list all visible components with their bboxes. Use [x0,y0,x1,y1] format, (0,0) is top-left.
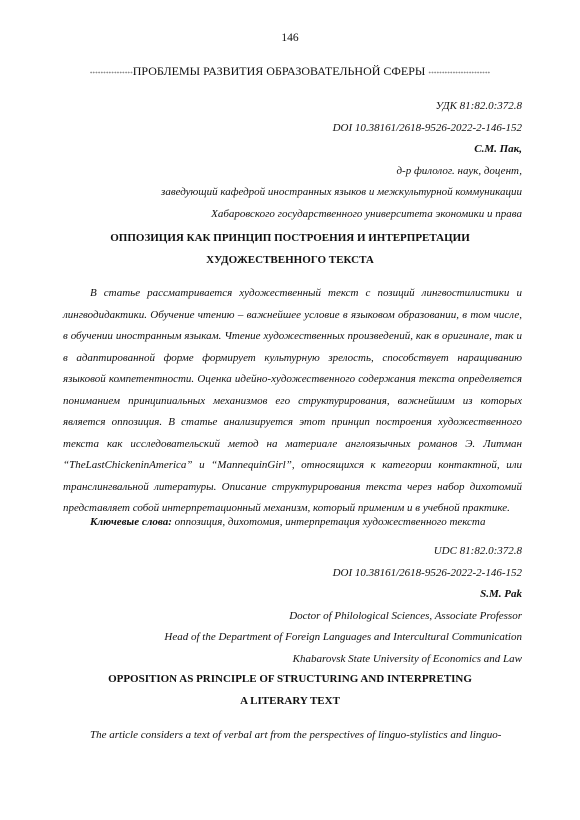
author-affiliation: Хабаровского государственного университе… [161,204,522,226]
doi-en: DOI 10.38161/2618-9526-2022-2-146-152 [164,563,522,585]
title-line-1: ОППОЗИЦИЯ КАК ПРИНЦИП ПОСТРОЕНИЯ И ИНТЕР… [0,227,580,249]
ornament-left: ❖❖❖❖❖❖❖❖❖❖❖❖❖❖❖❖ [90,70,133,74]
doi: DOI 10.38161/2618-9526-2022-2-146-152 [161,118,522,140]
ornament-right: ❖❖❖❖❖❖❖❖❖❖❖❖❖❖❖❖❖❖❖❖❖❖❖ [428,70,490,74]
article-title-en: OPPOSITION AS PRINCIPLE OF STRUCTURING A… [0,668,580,712]
running-header: ❖❖❖❖❖❖❖❖❖❖❖❖❖❖❖❖ПРОБЛЕМЫ РАЗВИТИЯ ОБРАЗО… [0,64,580,79]
title-en-line-1: OPPOSITION AS PRINCIPLE OF STRUCTURING A… [0,668,580,690]
udk-code: УДК 81:82.0:372.8 [161,96,522,118]
title-en-line-2: A LITERARY TEXT [0,690,580,712]
keywords-ru: Ключевые слова: оппозиция, дихотомия, ин… [90,512,485,534]
udc-code: UDC 81:82.0:372.8 [164,541,522,563]
article-metadata-ru: УДК 81:82.0:372.8 DOI 10.38161/2618-9526… [161,96,522,225]
abstract-ru: В статье рассматривается художественный … [63,283,522,520]
article-metadata-en: UDC 81:82.0:372.8 DOI 10.38161/2618-9526… [164,541,522,670]
author-position-en: Head of the Department of Foreign Langua… [164,627,522,649]
author-position: заведующий кафедрой иностранных языков и… [161,182,522,204]
author-degree: д-р филолог. наук, доцент, [161,161,522,183]
page-number: 146 [0,32,580,44]
abstract-en: The article considers a text of verbal a… [63,725,522,747]
author-affiliation-en: Khabarovsk State University of Economics… [164,649,522,671]
keywords-list: оппозиция, дихотомия, интерпретация худо… [172,516,486,528]
author-degree-en: Doctor of Philological Sciences, Associa… [164,606,522,628]
author-name-en: S.M. Pak [164,584,522,606]
title-line-2: ХУДОЖЕСТВЕННОГО ТЕКСТА [0,249,580,271]
keywords-label: Ключевые слова: [90,516,172,528]
article-title-ru: ОППОЗИЦИЯ КАК ПРИНЦИП ПОСТРОЕНИЯ И ИНТЕР… [0,227,580,271]
author-name: С.М. Пак, [161,139,522,161]
running-header-title: ПРОБЛЕМЫ РАЗВИТИЯ ОБРАЗОВАТЕЛЬНОЙ СФЕРЫ [133,64,426,78]
